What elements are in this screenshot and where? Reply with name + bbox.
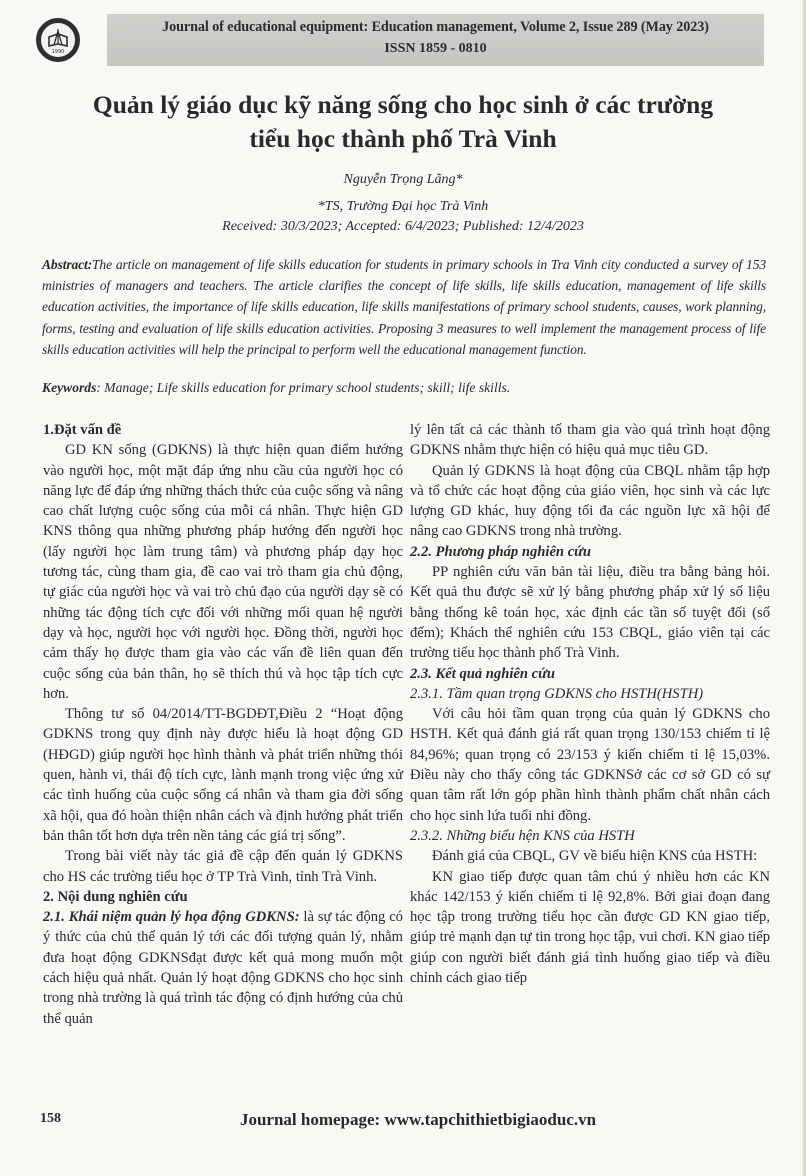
- publication-dates: Received: 30/3/2023; Accepted: 6/4/2023;…: [0, 219, 806, 235]
- paragraph-text: là sự tác động có ý thức của chủ thể quả…: [43, 909, 403, 1026]
- paragraph: Quản lý GDKNS là hoạt động của CBQL nhằm…: [410, 461, 770, 542]
- keywords-text: : Manage; Life skills education for prim…: [96, 380, 510, 395]
- paragraph: Với câu hỏi tầm quan trọng của quản lý G…: [410, 704, 770, 826]
- author: Nguyễn Trọng Lãng*: [0, 172, 806, 188]
- subsection-heading-2-3-2: 2.3.2. Những biểu hện KNS của HSTH: [410, 826, 770, 846]
- left-column: 1.Đặt vấn đề GD KN sống (GDKNS) là thực …: [43, 420, 403, 1029]
- subsection-heading-2-1: 2.1. Khái niệm quản lý họa động GDKNS:: [43, 909, 300, 925]
- issn: ISSN 1859 - 0810: [107, 41, 764, 57]
- journal-header-banner: Journal of educational equipment: Educat…: [107, 14, 764, 66]
- paragraph: Đánh giá của CBQL, GV về biểu hiện KNS c…: [410, 846, 770, 866]
- title-line-1: Quản lý giáo dục kỹ năng sống cho học si…: [40, 88, 766, 122]
- subsection-heading-2-3: 2.3. Kết quả nghiên cứu: [410, 664, 770, 684]
- abstract-text: The article on management of life skills…: [42, 257, 766, 357]
- svg-text:1990: 1990: [52, 49, 65, 55]
- article-title: Quản lý giáo dục kỹ năng sống cho học si…: [40, 88, 766, 156]
- paragraph: Trong bài viết này tác giả đề cập đến qu…: [43, 846, 403, 887]
- abstract-label: Abstract:: [42, 257, 92, 272]
- abstract: Abstract:The article on management of li…: [42, 254, 766, 360]
- subsection-heading-2-2: 2.2. Phương pháp nghiên cứu: [410, 542, 770, 562]
- keywords: Keywords: Manage; Life skills education …: [42, 377, 766, 398]
- journal-homepage-link[interactable]: Journal homepage: www.tapchithietbigiaod…: [0, 1110, 806, 1130]
- keywords-label: Keywords: [42, 380, 96, 395]
- journal-citation: Journal of educational equipment: Educat…: [107, 19, 764, 36]
- section-heading-2: 2. Nội dung nghiên cứu: [43, 887, 403, 907]
- title-line-2: tiểu học thành phố Trà Vinh: [40, 122, 766, 156]
- subsection-heading-2-3-1: 2.3.1. Tầm quan trọng GDKNS cho HSTH(HST…: [410, 684, 770, 704]
- paragraph: lý lên tất cả các thành tố tham gia vào …: [410, 420, 770, 461]
- paragraph: 2.1. Khái niệm quản lý họa động GDKNS: l…: [43, 907, 403, 1029]
- affiliation: *TS, Trường Đại học Trà Vinh: [0, 199, 806, 215]
- paragraph: PP nghiên cứu văn bản tài liệu, điều tra…: [410, 562, 770, 663]
- paragraph: Thông tư số 04/2014/TT-BGDĐT,Điều 2 “Hoạ…: [43, 704, 403, 846]
- right-column: lý lên tất cả các thành tố tham gia vào …: [410, 420, 770, 988]
- paragraph: KN giao tiếp được quan tâm chú ý nhiều h…: [410, 867, 770, 989]
- paragraph: GD KN sống (GDKNS) là thực hiện quan điể…: [43, 440, 403, 704]
- section-heading-1: 1.Đặt vấn đề: [43, 420, 403, 440]
- journal-logo-icon: 1990: [36, 18, 80, 62]
- crest-icon: 1990: [43, 25, 73, 55]
